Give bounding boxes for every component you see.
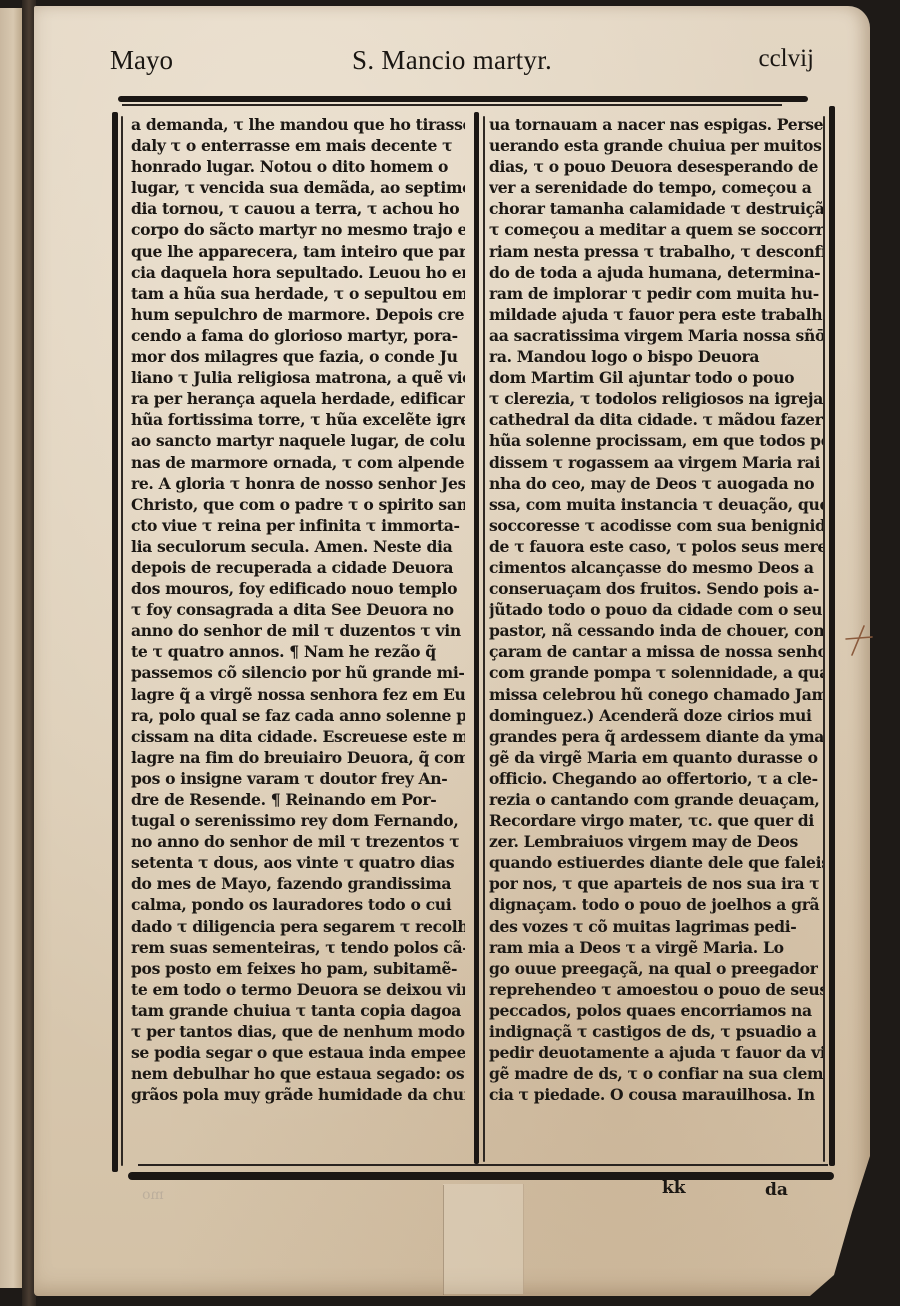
- paper-seam: [443, 1185, 444, 1295]
- bleed-through-text: mo: [142, 1187, 164, 1203]
- text-line: hum sepulchro de marmore. Depois cre: [131, 304, 465, 325]
- text-line: lugar, τ vencida sua demãda, ao septimo: [131, 177, 465, 198]
- text-line: quando estiuerdes diante dele que faleis: [489, 852, 823, 873]
- text-line: ao sancto martyr naquele lugar, de colum: [131, 430, 465, 451]
- header-rule-thin: [122, 104, 782, 106]
- text-line: calma, pondo os lauradores todo o cui: [131, 894, 465, 915]
- text-line: chorar tamanha calamidade τ destruiçã:: [489, 198, 823, 219]
- text-line: des vozes τ cõ muitas lagrimas pedi-: [489, 916, 823, 937]
- text-line: dado τ diligencia pera segarem τ recolhe: [131, 916, 465, 937]
- text-line: nem debulhar ho que estaua segado: os: [131, 1063, 465, 1084]
- text-line: Recordare virgo mater, τc. que quer di: [489, 810, 823, 831]
- text-line: dos mouros, foy edificado nouo templo: [131, 578, 465, 599]
- text-line: cia daquela hora sepultado. Leuou ho en: [131, 262, 465, 283]
- text-line: se podia segar o que estaua inda empee,: [131, 1042, 465, 1063]
- left-border-rule: [112, 112, 118, 1172]
- running-head: Mayo S. Mancio martyr. cclvij: [110, 45, 820, 85]
- running-head-title: S. Mancio martyr.: [352, 45, 552, 76]
- text-line: peccados, polos quaes encorriamos na: [489, 1000, 823, 1021]
- text-line: nas de marmore ornada, τ com alpende: [131, 452, 465, 473]
- text-line: hũa fortissima torre, τ hũa excelẽte igr…: [131, 409, 465, 430]
- text-line: que lhe apparecera, tam inteiro que pare: [131, 241, 465, 262]
- left-text-column: a demanda, τ lhe mandou que ho tirasseda…: [131, 114, 465, 1105]
- text-line: gẽ da virgẽ Maria em quanto durasse o: [489, 747, 823, 768]
- text-line: do de toda a ajuda humana, determina-: [489, 262, 823, 283]
- text-line: honrado lugar. Notou o dito homem o: [131, 156, 465, 177]
- text-line: jũtado todo o pouo da cidade com o seu: [489, 599, 823, 620]
- text-line: cto viue τ reina per infinita τ immorta-: [131, 515, 465, 536]
- text-line: missa celebrou hũ conego chamado Jam: [489, 684, 823, 705]
- text-line: reprehendeo τ amoestou o pouo de seus: [489, 979, 823, 1000]
- text-line: dignaçam. todo o pouo de joelhos a grã: [489, 894, 823, 915]
- text-line: soccoresse τ acodisse com sua benignida: [489, 515, 823, 536]
- text-line: ra. Mandou logo o bispo Deuora: [489, 346, 823, 367]
- text-line: cia τ piedade. O cousa marauilhosa. In: [489, 1084, 823, 1105]
- right-text-column: ua tornauam a nacer nas espigas. Perseue…: [489, 114, 823, 1105]
- text-line: daly τ o enterrasse em mais decente τ: [131, 135, 465, 156]
- text-line: çaram de cantar a missa de nossa senhora: [489, 641, 823, 662]
- right-border-rule: [829, 106, 835, 1166]
- text-line: gẽ madre de ds, τ o confiar na sua clemẽ: [489, 1063, 823, 1084]
- text-line: ra, polo qual se faz cada anno solenne p…: [131, 705, 465, 726]
- text-line: re. A gloria τ honra de nosso senhor Jes…: [131, 473, 465, 494]
- left-inner-rule: [121, 116, 123, 1166]
- text-line: dom Martim Gil ajuntar todo o pouo: [489, 367, 823, 388]
- text-line: do mes de Mayo, fazendo grandissima: [131, 873, 465, 894]
- text-line: Christo, que com o padre τ o spirito san: [131, 494, 465, 515]
- text-line: pos o insigne varam τ doutor frey An-: [131, 768, 465, 789]
- text-line: dias, τ o pouo Deuora desesperando de: [489, 156, 823, 177]
- margin-cross-icon: [842, 622, 876, 658]
- signature-mark: kk: [662, 1178, 686, 1198]
- text-line: tam a hũa sua herdade, τ o sepultou em: [131, 283, 465, 304]
- center-inner-rule: [483, 116, 485, 1162]
- text-line: pastor, nã cessando inda de chouer, come: [489, 620, 823, 641]
- text-line: pedir deuotamente a ajuda τ fauor da vir: [489, 1042, 823, 1063]
- running-head-month: Mayo: [110, 45, 173, 76]
- catchword: da: [765, 1180, 788, 1200]
- text-line: corpo do sãcto martyr no mesmo trajo em: [131, 219, 465, 240]
- text-line: dissem τ rogassem aa virgem Maria rai: [489, 452, 823, 473]
- text-line: ram de implorar τ pedir com muita hu-: [489, 283, 823, 304]
- text-line: liano τ Julia religiosa matrona, a quẽ v…: [131, 367, 465, 388]
- text-line: cissam na dita cidade. Escreuese este mi: [131, 726, 465, 747]
- text-line: lagre na fim do breuiairo Deuora, q̃ com: [131, 747, 465, 768]
- text-line: grandes pera q̃ ardessem diante da yma: [489, 726, 823, 747]
- text-line: por nos, τ que aparteis de nos sua ira τ…: [489, 873, 823, 894]
- header-rule-thick: [118, 96, 808, 102]
- text-line: go ouue preegaçã, na qual o preegador: [489, 958, 823, 979]
- text-line: τ per tantos dias, que de nenhum modo: [131, 1021, 465, 1042]
- text-line: mildade ajuda τ fauor pera este trabalho: [489, 304, 823, 325]
- text-line: dre de Resende. ¶ Reinando em Por-: [131, 789, 465, 810]
- text-line: hũa solenne procissam, em que todos pe: [489, 430, 823, 451]
- text-line: grãos pola muy grãde humidade da chui: [131, 1084, 465, 1105]
- text-line: indignaçã τ castigos de ds, τ psuadio a: [489, 1021, 823, 1042]
- text-line: τ clerezia, τ todolos religiosos na igre…: [489, 388, 823, 409]
- text-line: de τ fauora este caso, τ polos seus mere…: [489, 536, 823, 557]
- text-line: rezia o cantando com grande deuaçam,: [489, 789, 823, 810]
- text-line: anno do senhor de mil τ duzentos τ vin: [131, 620, 465, 641]
- text-line: cimentos alcançasse do mesmo Deos a: [489, 557, 823, 578]
- folio-number: cclvij: [758, 45, 814, 73]
- right-inner-rule: [823, 116, 825, 1162]
- text-line: nha do ceo, may de Deos τ auogada no: [489, 473, 823, 494]
- text-line: dia tornou, τ cauou a terra, τ achou ho: [131, 198, 465, 219]
- text-line: lagre q̃ a virgẽ nossa senhora fez em Eu…: [131, 684, 465, 705]
- text-line: te em todo o termo Deuora se deixou vir: [131, 979, 465, 1000]
- footer-rule-thin: [138, 1164, 828, 1166]
- text-line: pos posto em feixes ho pam, subitamẽ-: [131, 958, 465, 979]
- text-line: conseruaçam dos fruitos. Sendo pois a-: [489, 578, 823, 599]
- text-line: τ foy consagrada a dita See Deuora no: [131, 599, 465, 620]
- center-rule: [474, 112, 479, 1164]
- text-line: a demanda, τ lhe mandou que ho tirasse: [131, 114, 465, 135]
- text-line: cathedral da dita cidade. τ mãdou fazer: [489, 409, 823, 430]
- text-line: cendo a fama do glorioso martyr, pora-: [131, 325, 465, 346]
- text-line: mor dos milagres que fazia, o conde Ju: [131, 346, 465, 367]
- text-line: ver a serenidade do tempo, começou a: [489, 177, 823, 198]
- text-line: tam grande chuiua τ tanta copia dagoa: [131, 1000, 465, 1021]
- text-line: passemos cõ silencio por hũ grande mi-: [131, 662, 465, 683]
- text-line: officio. Chegando ao offertorio, τ a cle…: [489, 768, 823, 789]
- text-line: com grande pompa τ solennidade, a qual: [489, 662, 823, 683]
- text-line: te τ quatro annos. ¶ Nam he rezão q̃: [131, 641, 465, 662]
- text-line: lia seculorum secula. Amen. Neste dia: [131, 536, 465, 557]
- text-line: depois de recuperada a cidade Deuora: [131, 557, 465, 578]
- text-line: ram mia a Deos τ a virgẽ Maria. Lo: [489, 937, 823, 958]
- text-line: riam nesta pressa τ trabalho, τ desconfi…: [489, 241, 823, 262]
- footer-rule-thick: [128, 1172, 834, 1180]
- text-line: setenta τ dous, aos vinte τ quatro dias: [131, 852, 465, 873]
- text-line: zer. Lembraiuos virgem may de Deos: [489, 831, 823, 852]
- text-line: ra per herança aquela herdade, edificarã: [131, 388, 465, 409]
- text-line: dominguez.) Acenderã doze cirios mui: [489, 705, 823, 726]
- text-line: τ começou a meditar a quem se soccorre: [489, 219, 823, 240]
- text-line: ssa, com muita instancia τ deuação, que: [489, 494, 823, 515]
- paper-repair-patch: [443, 1184, 524, 1294]
- text-line: no anno do senhor de mil τ trezentos τ: [131, 831, 465, 852]
- text-line: rem suas sementeiras, τ tendo polos cã-: [131, 937, 465, 958]
- text-line: ua tornauam a nacer nas espigas. Perse: [489, 114, 823, 135]
- text-line: tugal o serenissimo rey dom Fernando,: [131, 810, 465, 831]
- text-line: aa sacratissima virgem Maria nossa sñō-: [489, 325, 823, 346]
- text-line: uerando esta grande chuiua per muitos: [489, 135, 823, 156]
